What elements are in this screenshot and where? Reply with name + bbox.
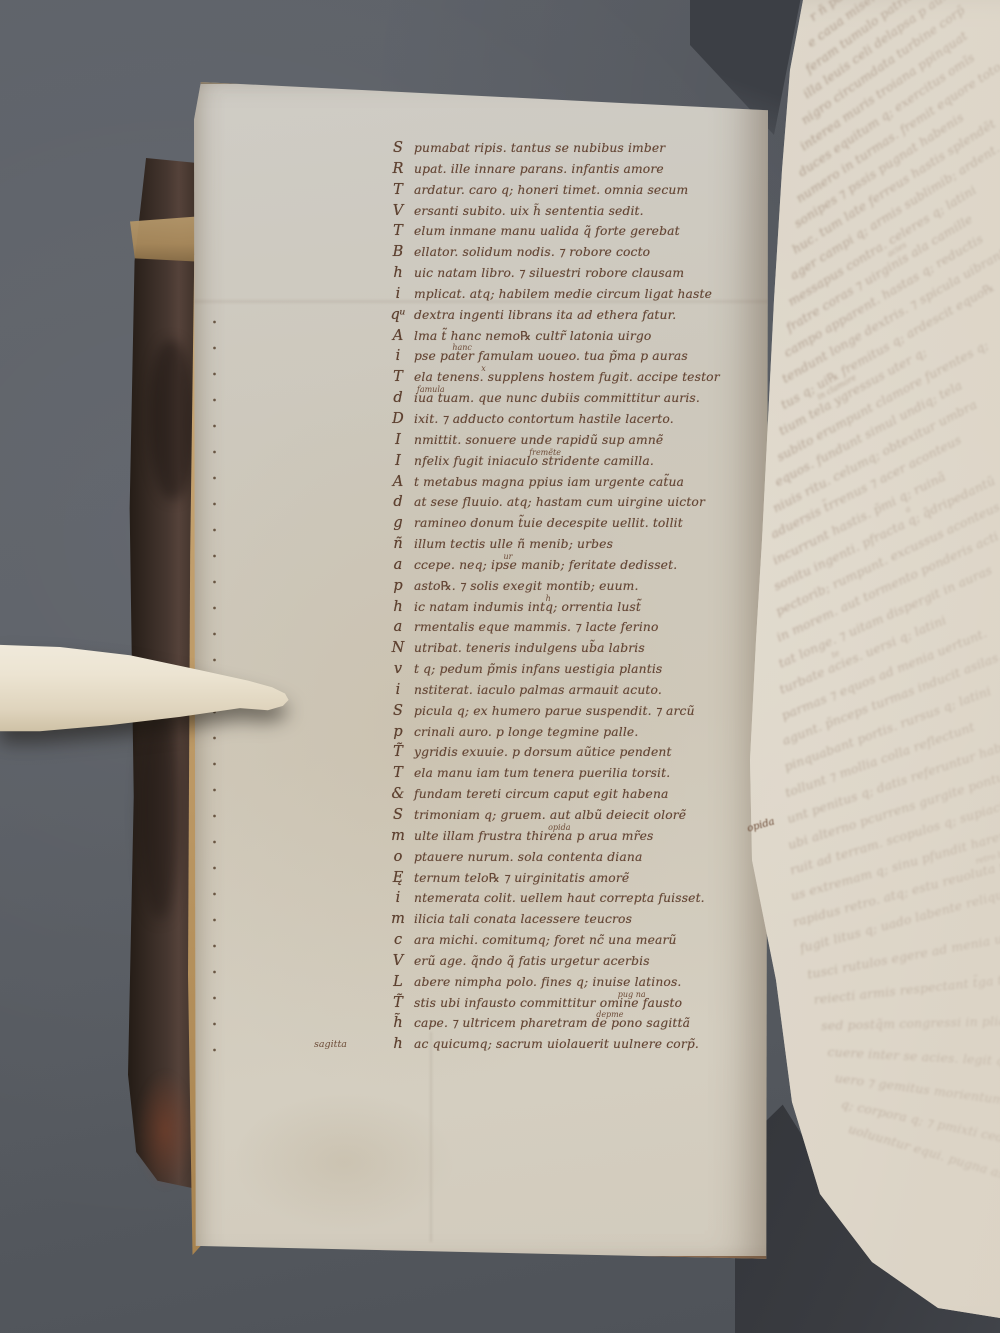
verse-line: hac quicumq; sacrum uiolauerit uulnere c… xyxy=(386,1034,756,1055)
verse-line-text: ardatur. caro q; honeri timet. omnia sec… xyxy=(414,180,688,201)
verse-line: ñillum tectis ulle ñ menib; urbes xyxy=(386,534,756,555)
verse-line: pasto℞. ⁊ solis exegit montib; euum. xyxy=(386,576,756,597)
verse-line: Spumabat ripis. tantus se nubibus imber xyxy=(386,138,756,159)
verse-initial: h xyxy=(386,597,410,618)
verse-initial: A xyxy=(386,326,410,347)
verse-line: vt q; pedum p̃mis infans uestigia planti… xyxy=(386,659,756,680)
verse-initial: N xyxy=(386,638,410,659)
verse-initial: D xyxy=(386,409,410,430)
verse-line-text: pumabat ripis. tantus se nubibus imber xyxy=(414,138,665,159)
verse-line-text: ic natam indumis intq; orrentia lust̃h xyxy=(414,597,641,618)
verse-line-text: dextra ingenti librans ita ad ethera fat… xyxy=(414,305,676,326)
verse-line-text: cape. ⁊ ultricem pharetram de pono sagit… xyxy=(414,1013,690,1034)
verse-initial: V xyxy=(386,201,410,222)
verse-line: h̃cape. ⁊ ultricem pharetram de pono sag… xyxy=(386,1013,756,1034)
verse-line-text: mplicat. atq; habilem medie circum ligat… xyxy=(414,284,712,305)
verse-initial: R xyxy=(386,159,410,180)
interlinear-gloss: ur xyxy=(504,547,513,568)
verse-line: intemerata colit. uellem haut correpta f… xyxy=(386,888,756,909)
bone-folder-tool xyxy=(0,630,300,740)
verse-line-text: illum tectis ulle ñ menib; urbes xyxy=(414,534,613,555)
verse-line: ipse pater famulam uoueo. tua p̃ma p aur… xyxy=(386,346,756,367)
verse-line-fragment: sed postq̃m congressi in plia totas xyxy=(821,1012,1000,1033)
verse-line: Inmittit. sonuere unde rapidũ sup amnẽ xyxy=(386,430,756,451)
verse-line: T̃ygridis exuuie. p dorsum aũtice pende… xyxy=(386,742,756,763)
verse-initial: T̃ xyxy=(386,742,410,763)
bone-folder-blade xyxy=(0,630,300,740)
verse-line: hic natam indumis intq; orrentia lust̃h xyxy=(386,597,756,618)
verse-line: implicat. atq; habilem medie circum liga… xyxy=(386,284,756,305)
spine-rust-stain xyxy=(136,1070,194,1190)
verse-line: dat sese fluuio. atq; hastam cum uirgine… xyxy=(386,492,756,513)
verse-line-text: ellator. solidum nodis. ⁊ robore cocto xyxy=(414,242,650,263)
interlinear-gloss: a xyxy=(904,504,912,514)
verse-line: qᵘdextra ingenti librans ita ad ethera f… xyxy=(386,305,756,326)
manuscript-photo-scene: Spumabat ripis. tantus se nubibus imberR… xyxy=(0,0,1000,1333)
verse-line-text: ccepe. neq; ipse manib; feritate dedisse… xyxy=(414,555,677,576)
verse-line-fragment: cuere inter se acies. legit q; uirũ uir. xyxy=(827,1044,1000,1071)
verse-line: Telum inmane manu ualida q̃ forte gereba… xyxy=(386,221,756,242)
verse-initial: d xyxy=(386,492,410,513)
verse-line: Versanti subito. uix h̃ sententia sedit. xyxy=(386,201,756,222)
verse-line-text: ilicia tali conata lacessere teucros xyxy=(414,909,632,930)
verse-line: Dixit. ⁊ adducto contortum hastile lacer… xyxy=(386,409,756,430)
verse-line-text: ersanti subito. uix h̃ sententia sedit. xyxy=(414,201,644,222)
verse-line: multe illam frustra thirena p arua mr̃es… xyxy=(386,826,756,847)
verse-initial: B xyxy=(386,242,410,263)
verse-line-text: ptauere nurum. sola contenta diana xyxy=(414,847,642,868)
verse-initial: T xyxy=(386,180,410,201)
verse-line: diua tuam. que nunc dubiis committitur a… xyxy=(386,388,756,409)
verse-line: T̃stis ubi infausto committitur omine fa… xyxy=(386,993,756,1014)
verse-initial: T xyxy=(386,763,410,784)
verse-line-text: ygridis exuuie. p dorsum aũtice pendent xyxy=(414,742,672,763)
verse-initial: qᵘ xyxy=(386,305,410,326)
verse-line: gramineo donum t̃uie decespite uellit. t… xyxy=(386,513,756,534)
verse-line-text: rmentalis eque mammis. ⁊ lacte ferino xyxy=(414,617,659,638)
verse-initial: i xyxy=(386,680,410,701)
verse-line-text: t metabus magna ppius iam urgente cat̃ua xyxy=(414,472,684,493)
verse-line-text: ntemerata colit. uellem haut correpta fu… xyxy=(414,888,705,909)
interlinear-gloss: h xyxy=(546,589,551,610)
verse-line-text: ela manu iam tum tenera puerilia torsit. xyxy=(414,763,670,784)
verse-line: pcrinali auro. p longe tegmine palle. xyxy=(386,722,756,743)
verse-line: Labere nimpha polo. fines q; inuise lati… xyxy=(386,972,756,993)
verse-initial: V xyxy=(386,951,410,972)
verse-line: Tela manu iam tum tenera puerilia torsit… xyxy=(386,763,756,784)
verse-line-text: crinali auro. p longe tegmine palle. xyxy=(414,722,638,743)
verse-initial: Ę xyxy=(386,868,410,889)
verse-line: Bellator. solidum nodis. ⁊ robore cocto xyxy=(386,242,756,263)
verse-line: Verũ age. q̃ndo q̃ fatis urgetur acerbis xyxy=(386,951,756,972)
verse-line-text: utribat. teneris indulgens ub̃a labris xyxy=(414,638,645,659)
interlinear-gloss: x xyxy=(481,359,486,380)
interlinear-gloss: fremẽte xyxy=(529,443,561,464)
verse-line-text: erũ age. q̃ndo q̃ fatis urgetur acerbis xyxy=(414,951,650,972)
verse-line-text: ternum telo℞ ⁊ uirginitatis amorẽ xyxy=(414,868,629,889)
verse-initial: o xyxy=(386,847,410,868)
verse-initial: S xyxy=(386,138,410,159)
verse-line-text: nstiterat. iaculo palmas armauit acuto. xyxy=(414,680,662,701)
verse-line-text: ara michi. comitumq; foret nc̃ una mearũ xyxy=(414,930,677,951)
verse-initial: S xyxy=(386,805,410,826)
verse-line: Tardatur. caro q; honeri timet. omnia se… xyxy=(386,180,756,201)
verse-initial: a xyxy=(386,617,410,638)
verse-line-text: uic natam libro. ⁊ siluestri robore clau… xyxy=(414,263,684,284)
left-margin-note: sagitta xyxy=(314,1039,347,1050)
verse-initial: d xyxy=(386,388,410,409)
verse-initial: ñ xyxy=(386,534,410,555)
verse-line-text: fundam tereti circum caput egit habena xyxy=(414,784,669,805)
verse-line: At metabus magna ppius iam urgente cat̃u… xyxy=(386,472,756,493)
verse-line: Strimoniam q; gruem. aut albũ deiecit ol… xyxy=(386,805,756,826)
verse-line-text: ac quicumq; sacrum uiolauerit uulnere co… xyxy=(414,1034,699,1055)
verse-initial: T xyxy=(386,221,410,242)
verse-initial: L xyxy=(386,972,410,993)
parchment-stain xyxy=(234,1092,454,1232)
verse-line-text: at sese fluuio. atq; hastam cum uirgine … xyxy=(414,492,705,513)
interlinear-gloss: depme xyxy=(596,1005,623,1026)
verse-initial: S xyxy=(386,701,410,722)
verse-line: milicia tali conata lacessere teucros xyxy=(386,909,756,930)
verse-initial: T xyxy=(386,367,410,388)
verse-initial: m xyxy=(386,826,410,847)
interlinear-gloss: pug na xyxy=(618,985,646,1006)
verse-initial: m xyxy=(386,909,410,930)
verse-line-text: t q; pedum p̃mis infans uestigia plantis xyxy=(414,659,662,680)
interlinear-gloss: te xyxy=(830,648,841,659)
verse-initial: i xyxy=(386,284,410,305)
verse-line: Nutribat. teneris indulgens ub̃a labris xyxy=(386,638,756,659)
interlinear-gloss: opida xyxy=(548,818,570,839)
verse-line-text: ramineo donum t̃uie decespite uellit. to… xyxy=(414,513,683,534)
verse-initial: A xyxy=(386,472,410,493)
verse-line-text: nfelix fugit iniaculo stridente camilla.… xyxy=(414,451,654,472)
verse-initial: h̃ xyxy=(386,1013,410,1034)
verse-initial: h xyxy=(386,263,410,284)
verse-initial: v xyxy=(386,659,410,680)
verse-initial: a xyxy=(386,555,410,576)
verse-line: optauere nurum. sola contenta diana xyxy=(386,847,756,868)
verse-line-text: picula q; ex humero parue suspendit. ⁊ a… xyxy=(414,701,695,722)
verse-line: huic natam libro. ⁊ siluestri robore cla… xyxy=(386,263,756,284)
verse-initial: i xyxy=(386,888,410,909)
verse-initial: g xyxy=(386,513,410,534)
verse-line: Alma t̃ hanc nemo℞ cultr̃ latonia uirgo xyxy=(386,326,756,347)
verse-line: Infelix fugit iniaculo stridente camilla… xyxy=(386,451,756,472)
verse-text-block: Spumabat ripis. tantus se nubibus imberR… xyxy=(386,138,756,1055)
verse-line: armentalis eque mammis. ⁊ lacte ferino xyxy=(386,617,756,638)
verse-initial: h xyxy=(386,1034,410,1055)
verse-initial: c xyxy=(386,930,410,951)
verse-line: &fundam tereti circum caput egit habena xyxy=(386,784,756,805)
verse-line-text: ulte illam frustra thirena p arua mr̃eso… xyxy=(414,826,654,847)
verse-line-text: lma t̃ hanc nemo℞ cultr̃ latonia uirgo xyxy=(414,326,651,347)
verse-line: Ęternum telo℞ ⁊ uirginitatis amorẽ xyxy=(386,868,756,889)
verse-line-text: iua tuam. que nunc dubiis committitur au… xyxy=(414,388,700,409)
verse-line-text: pse pater famulam uoueo. tua p̃ma p aura… xyxy=(414,346,688,367)
verse-initial: p xyxy=(386,722,410,743)
verse-initial: & xyxy=(386,784,410,805)
verse-line-text: asto℞. ⁊ solis exegit montib; euum. xyxy=(414,576,639,597)
verse-line-text: elum inmane manu ualida q̃ forte gerebat xyxy=(414,221,680,242)
verse-line-text: ela tenens. supplens hostem fugit. accip… xyxy=(414,367,720,388)
verse-line: Spicula q; ex humero parue suspendit. ⁊ … xyxy=(386,701,756,722)
verse-line-text: stis ubi infausto committitur omine faus… xyxy=(414,993,682,1014)
verse-initial: T̃ xyxy=(386,993,410,1014)
verse-initial: p xyxy=(386,576,410,597)
verse-initial: I xyxy=(386,451,410,472)
verse-initial: I xyxy=(386,430,410,451)
verse-line-text: upat. ille innare parans. infantis amore xyxy=(414,159,664,180)
verse-line: Rupat. ille innare parans. infantis amor… xyxy=(386,159,756,180)
interlinear-gloss: hanc xyxy=(452,338,472,359)
verse-line: cara michi. comitumq; foret nc̃ una mear… xyxy=(386,930,756,951)
verse-line: institerat. iaculo palmas armauit acuto. xyxy=(386,680,756,701)
verse-line: accepe. neq; ipse manib; feritate dediss… xyxy=(386,555,756,576)
verse-line-text: ixit. ⁊ adducto contortum hastile lacert… xyxy=(414,409,674,430)
verse-initial: i xyxy=(386,346,410,367)
interlinear-gloss: famula xyxy=(417,380,445,401)
